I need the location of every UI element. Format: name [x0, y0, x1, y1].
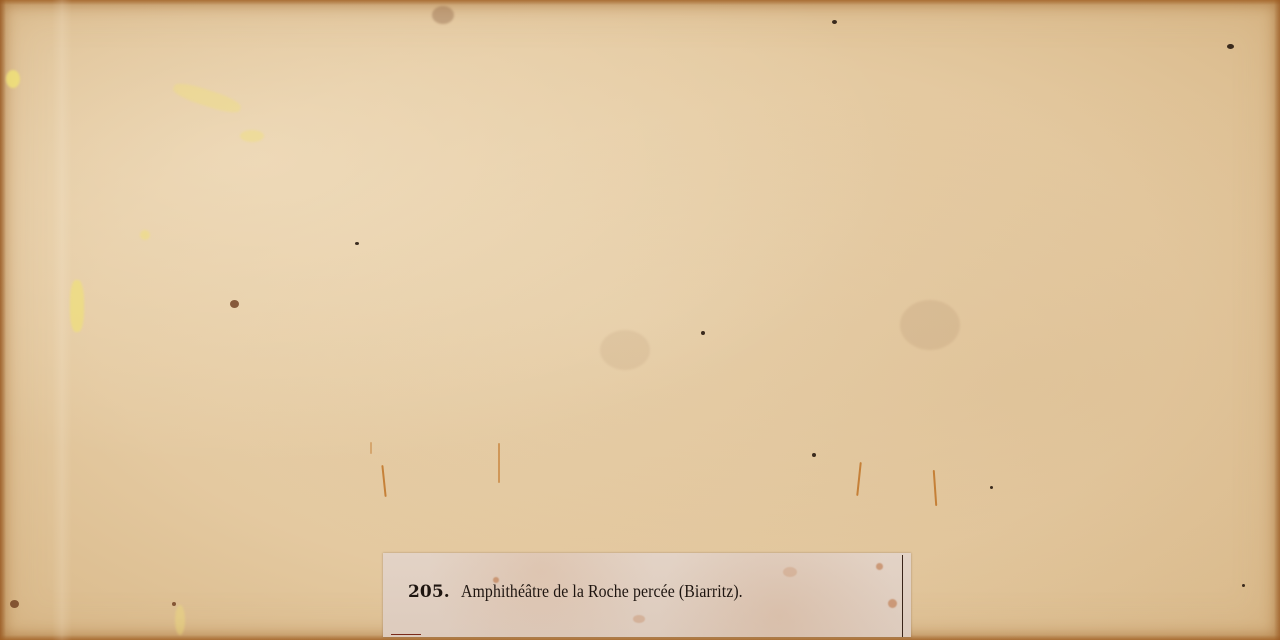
yellow-stain	[171, 80, 243, 117]
title-label: 205. Amphithéâtre de la Roche percée (Bi…	[383, 553, 911, 637]
label-stain	[783, 567, 797, 577]
card-edge-stain-right	[1274, 0, 1280, 640]
view-title: Amphithéâtre de la Roche percée (Biarrit…	[461, 581, 743, 602]
foxing-spot	[230, 300, 239, 308]
label-rule-right	[902, 555, 904, 637]
foxing-spot	[1242, 584, 1245, 587]
label-rule-bottom	[391, 634, 421, 636]
label-stain	[633, 615, 645, 623]
yellow-stain	[70, 280, 84, 332]
label-caption: 205. Amphithéâtre de la Roche percée (Bi…	[408, 581, 781, 602]
foxing-spot	[832, 20, 837, 24]
foxing-spot	[172, 602, 176, 606]
foxing-spot	[990, 486, 993, 489]
view-number: 205.	[408, 582, 450, 602]
label-stain	[888, 599, 897, 608]
label-stain	[876, 563, 883, 570]
yellow-stain	[240, 130, 264, 142]
foxing-spot	[600, 330, 650, 370]
foxing-spot	[432, 6, 454, 24]
paper-lighter-band	[52, 0, 72, 640]
stereoview-card-back: 205. Amphithéâtre de la Roche percée (Bi…	[0, 0, 1280, 640]
foxing-spot	[1227, 44, 1234, 49]
foxing-spot	[701, 331, 705, 335]
foxing-spot	[812, 453, 816, 457]
card-edge-stain-left	[0, 0, 6, 640]
rust-streak	[856, 462, 862, 496]
card-edge-stain-top	[0, 0, 1280, 5]
yellow-stain	[175, 605, 185, 635]
foxing-spot	[900, 300, 960, 350]
rust-streak	[933, 470, 938, 506]
rust-streak	[381, 465, 386, 497]
rust-streak	[370, 442, 372, 454]
foxing-spot	[10, 600, 19, 608]
rust-streak	[498, 443, 500, 483]
yellow-stain	[6, 70, 20, 88]
yellow-stain	[140, 230, 150, 240]
foxing-spot	[355, 242, 359, 245]
